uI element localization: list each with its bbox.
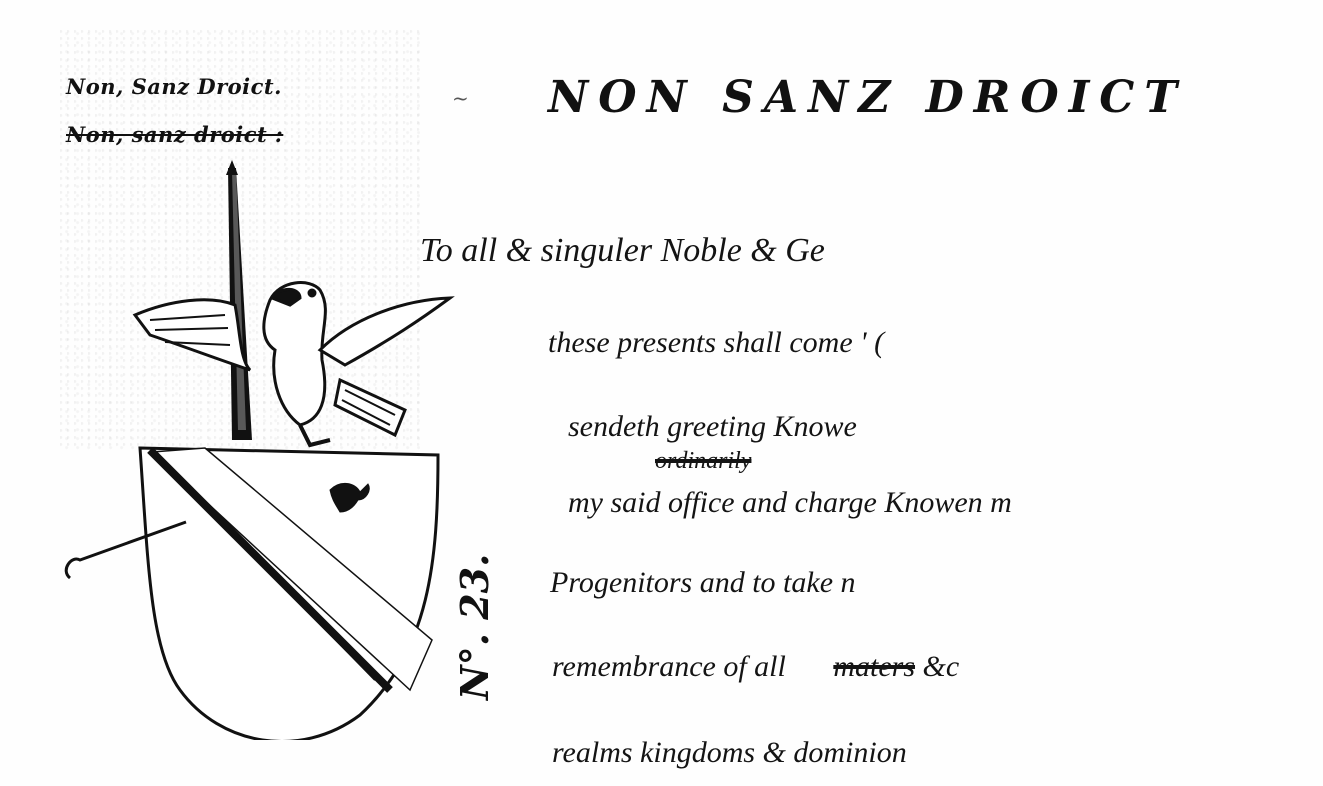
body-line-3: sendeth greeting Knowe [568, 410, 857, 444]
shield-icon [140, 448, 438, 740]
motto-heading: NON SANZ DROICT [548, 72, 1187, 123]
falcon-crest-icon [135, 283, 450, 445]
struck-word: maters [833, 650, 915, 683]
manuscript-page: Non, Sanz Droict. Non, sanz droict : ~ N… [0, 0, 1323, 786]
shelf-mark: N°. 23. [452, 554, 497, 700]
body-line-6: remembrance of all maters &c [552, 650, 959, 684]
spear-icon [226, 160, 252, 440]
body-line-4-interlinear: ordinarily [655, 448, 751, 475]
body-line-7: realms kingdoms & dominion [552, 736, 907, 770]
coat-of-arms-drawing [55, 160, 475, 740]
margin-note-1: Non, Sanz Droict. [66, 74, 282, 99]
margin-note-2: Non, sanz droict : [66, 122, 283, 147]
body-line-5: Progenitors and to take n [550, 566, 856, 600]
body-line-4: my said office and charge Knowen m [568, 486, 1012, 520]
motto-flourish: ~ [452, 86, 469, 110]
body-line-2: these presents shall come ' ( [548, 326, 884, 360]
body-line-1: To all & singuler Noble & Ge [420, 232, 825, 270]
